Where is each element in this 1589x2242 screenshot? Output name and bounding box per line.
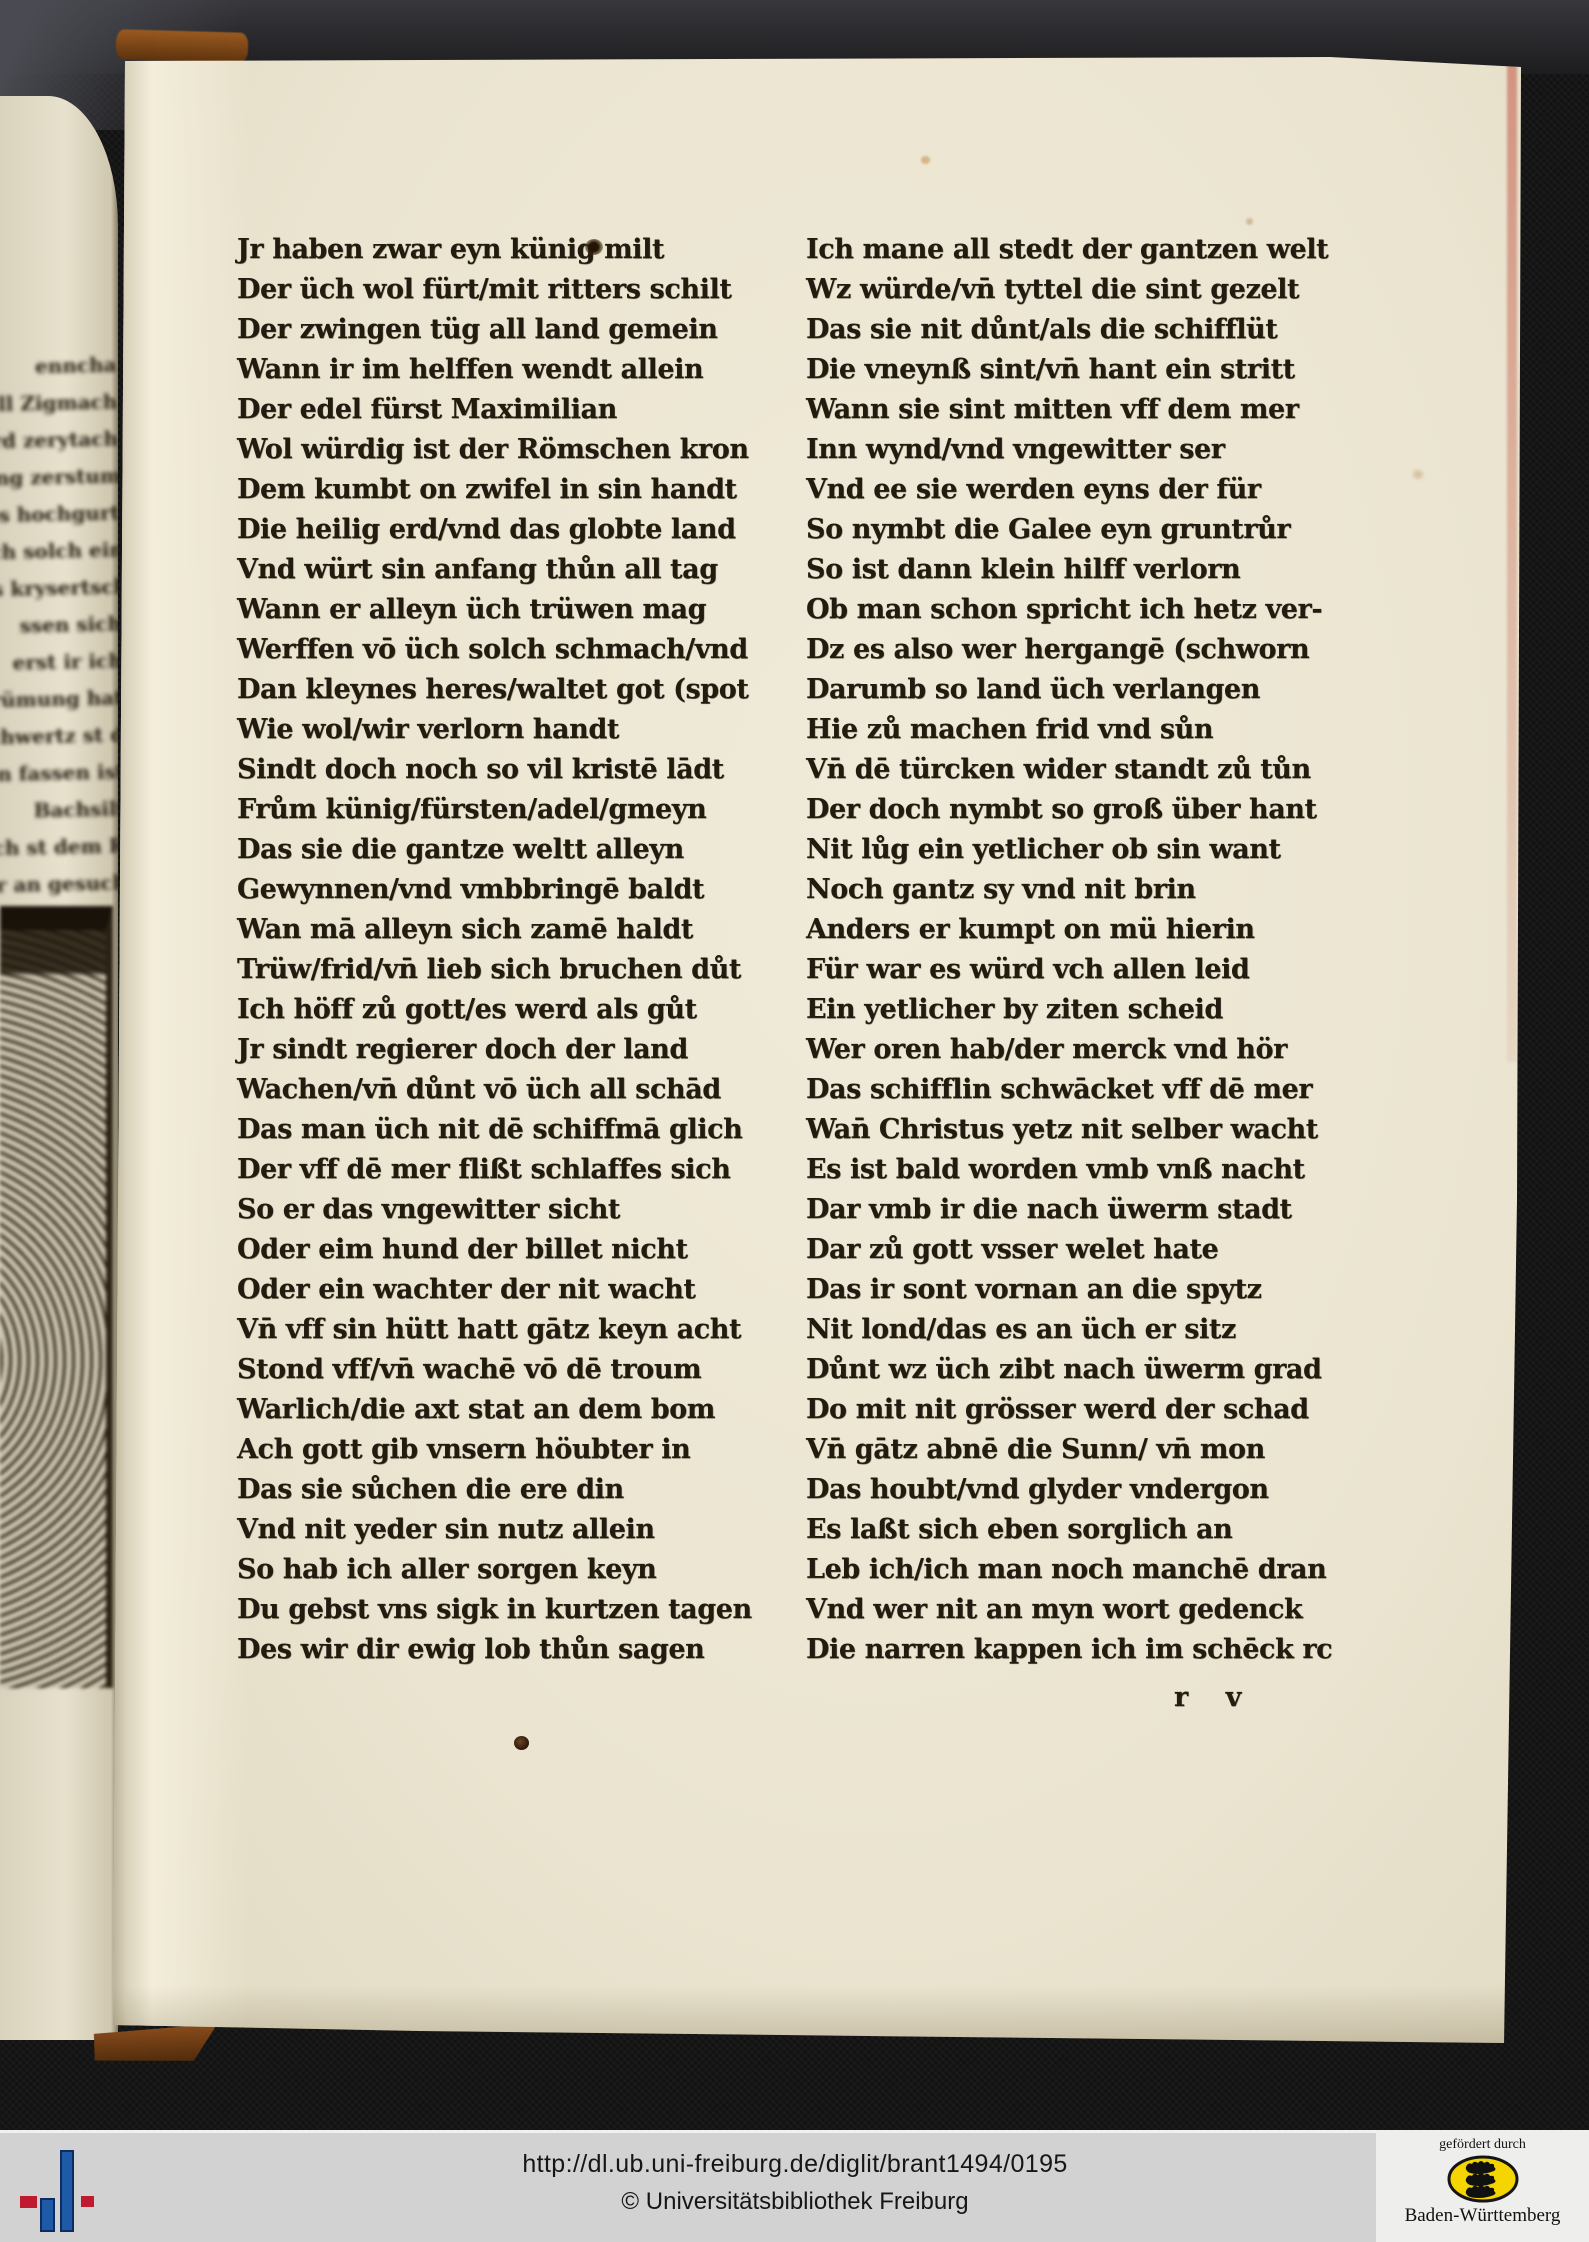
previous-page-edge: ennchad all Zigmachard zerytachDung zers… bbox=[0, 96, 118, 2040]
verse-line: Es ist bald worden vmb vnß nacht bbox=[806, 1150, 1332, 1190]
verse-line: Wie wol/wir verlorn handt bbox=[237, 710, 752, 750]
verse-line: Ich mane all stedt der gantzen welt bbox=[806, 230, 1332, 270]
verse-column-left: Jr haben zwar eyn künig miltDer üch wol … bbox=[237, 230, 752, 1670]
verse-line: Es laßt sich eben sorglich an bbox=[806, 1510, 1332, 1550]
verse-line: Wz würde/vn̄ tyttel die sint gezelt bbox=[806, 270, 1332, 310]
university-library-logo-icon bbox=[18, 2148, 100, 2234]
verse-line: Hie zů machen frid vnd sůn bbox=[806, 710, 1332, 750]
ink-stain bbox=[585, 239, 603, 255]
footer-text-block: http://dl.ub.uni-freiburg.de/diglit/bran… bbox=[370, 2150, 1220, 2216]
verse-line: Das ir sont vornan an die spytz bbox=[806, 1270, 1332, 1310]
verse-line: So ist dann klein hilff verlorn bbox=[806, 550, 1332, 590]
previous-page-text-fragment: n fassen ist bbox=[0, 753, 118, 793]
previous-page-text-fragment: ard zerytach bbox=[0, 420, 118, 460]
verse-line: Wan mā alleyn sich zamē haldt bbox=[237, 910, 752, 950]
verse-line: Frům künig/fürsten/adel/gmeyn bbox=[237, 790, 752, 830]
previous-page-text-fragment: Bachsilt bbox=[0, 790, 118, 830]
previous-page-text-fragment: das krysertsch bbox=[0, 568, 118, 608]
previous-page-text-fragment: os hochgurt bbox=[0, 494, 118, 534]
logo-blue-bar-short bbox=[40, 2198, 55, 2232]
funding-region-label: Baden-Württemberg bbox=[1376, 2205, 1589, 2227]
verse-line: Vnd würt sin anfang thůn all tag bbox=[237, 550, 752, 590]
verse-line: Das sie sůchen die ere din bbox=[237, 1470, 752, 1510]
verse-line: Stond vff/vn̄ wachē vō dē troum bbox=[237, 1350, 752, 1390]
logo-red-block-right bbox=[81, 2196, 94, 2207]
previous-page-text-fragment: var an gesucht bbox=[0, 864, 118, 904]
logo-blue-bar-tall bbox=[60, 2150, 74, 2232]
verse-line: Nit lond/das es an üch er sitz bbox=[806, 1310, 1332, 1350]
previous-page-text-fragment: d all Zigmach bbox=[0, 383, 118, 423]
verse-line: Oder eim hund der billet nicht bbox=[237, 1230, 752, 1270]
verse-line: Werffen vō üch solch schmach/vnd bbox=[237, 630, 752, 670]
verse-line: Die heilig erd/vnd das globte land bbox=[237, 510, 752, 550]
previous-page-text-fragment: enncha bbox=[0, 346, 117, 386]
document-url: http://dl.ub.uni-freiburg.de/diglit/bran… bbox=[370, 2150, 1220, 2179]
verse-line: Der zwingen tüg all land gemein bbox=[237, 310, 752, 350]
verse-line: Der doch nymbt so groß über hant bbox=[806, 790, 1332, 830]
book-spine-leather-top bbox=[116, 29, 249, 63]
verse-line: Das sie nit důnt/als die schifflüt bbox=[806, 310, 1332, 350]
verse-line: Des wir dir ewig lob thůn sagen bbox=[237, 1630, 752, 1670]
verse-line: Die vneynß sint/vn̄ hant ein stritt bbox=[806, 350, 1332, 390]
verse-line: Darumb so land üch verlangen bbox=[806, 670, 1332, 710]
verse-line: So hab ich aller sorgen keyn bbox=[237, 1550, 752, 1590]
wormhole bbox=[514, 1736, 529, 1750]
verse-line: Vn̄ gātz abnē die Sunn/ vn̄ mon bbox=[806, 1430, 1332, 1470]
verse-line: Dz es also wer hergangē (schworn bbox=[806, 630, 1332, 670]
foxing-spot bbox=[921, 156, 930, 164]
verse-line: Ein yetlicher by ziten scheid bbox=[806, 990, 1332, 1030]
verse-line: Dan kleynes heres/waltet got (spot bbox=[237, 670, 752, 710]
verse-line: Der vff dē mer flißt schlaffes sich bbox=[237, 1150, 752, 1190]
previous-page-text-fragment: urch solch ein bbox=[0, 531, 118, 571]
previous-page-text-fragment: ssen sich bbox=[0, 605, 118, 645]
verse-line: Inn wynd/vnd vngewitter ser bbox=[806, 430, 1332, 470]
verse-line: Dar zů gott vsser welet hate bbox=[806, 1230, 1332, 1270]
verse-line: Dem kumbt on zwifel in sin handt bbox=[237, 470, 752, 510]
verse-line: Das schifflin schwācket vff dē mer bbox=[806, 1070, 1332, 1110]
verse-line: Wann sie sint mitten vff dem mer bbox=[806, 390, 1332, 430]
verse-line: Anders er kumpt on mü hierin bbox=[806, 910, 1332, 950]
previous-page-text-fragment: schwertz st d bbox=[0, 716, 118, 756]
verse-line: Wachen/vn̄ důnt vō üch all schād bbox=[237, 1070, 752, 1110]
verse-line: Das houbt/vnd glyder vndergon bbox=[806, 1470, 1332, 1510]
foxing-spot bbox=[1246, 218, 1253, 225]
previous-page-text-fragment: Dung zerstum bbox=[0, 457, 118, 497]
previous-page-woodcut-illustration bbox=[0, 906, 113, 1688]
verse-line: Vnd ee sie werden eyns der für bbox=[806, 470, 1332, 510]
verse-line: Wann ir im helffen wendt allein bbox=[237, 350, 752, 390]
previous-page-text-fragment: rych st dem Rä bbox=[0, 827, 118, 867]
verse-line: Für war es würd vch allen leid bbox=[806, 950, 1332, 990]
verse-line: Das sie die gantze weltt alleyn bbox=[237, 830, 752, 870]
page-bottom-shading bbox=[110, 1985, 1520, 2043]
funding-caption: gefördert durch bbox=[1376, 2137, 1589, 2153]
verse-line: Noch gantz sy vnd nit brin bbox=[806, 870, 1332, 910]
verse-line: Die narren kappen ich im schēck rc bbox=[806, 1630, 1332, 1670]
verse-line: Do mit nit grösser werd der schad bbox=[806, 1390, 1332, 1430]
previous-page-text-fragment: krümung hat bbox=[0, 679, 118, 719]
verse-line: Das man üch nit dē schiffmā glich bbox=[237, 1110, 752, 1150]
verse-line: Jr sindt regierer doch der land bbox=[237, 1030, 752, 1070]
verse-column-right: Ich mane all stedt der gantzen weltWz wü… bbox=[806, 230, 1332, 1670]
verse-line: Leb ich/ich man noch manchē dran bbox=[806, 1550, 1332, 1590]
verse-line: Wol würdig ist der Römschen kron bbox=[237, 430, 752, 470]
verse-line: Sindt doch noch so vil kristē lādt bbox=[237, 750, 752, 790]
logo-red-block-left bbox=[20, 2196, 37, 2208]
verse-line: Oder ein wachter der nit wacht bbox=[237, 1270, 752, 1310]
verse-line: Vnd wer nit an myn wort gedenck bbox=[806, 1590, 1332, 1630]
verse-line: Wan̄ Christus yetz nit selber wacht bbox=[806, 1110, 1332, 1150]
verse-line: Vnd nit yeder sin nutz allein bbox=[237, 1510, 752, 1550]
verse-line: Ich höff zů gott/es werd als gůt bbox=[237, 990, 752, 1030]
verse-line: Der edel fürst Maximilian bbox=[237, 390, 752, 430]
baden-wuerttemberg-coat-of-arms-icon bbox=[1444, 2154, 1522, 2204]
page-edge-red-tint bbox=[1507, 62, 1517, 1062]
verse-line: Wann er alleyn üch trüwen mag bbox=[237, 590, 752, 630]
funding-badge: gefördert durch Baden-Württemberg bbox=[1376, 2130, 1589, 2242]
verse-line: So nymbt die Galee eyn gruntrůr bbox=[806, 510, 1332, 550]
scanned-book-page: Jr haben zwar eyn künig miltDer üch wol … bbox=[0, 0, 1589, 2242]
verse-line: Du gebst vns sigk in kurtzen tagen bbox=[237, 1590, 752, 1630]
foxing-spot bbox=[1413, 470, 1423, 479]
quire-signature-mark: r v bbox=[1174, 1682, 1255, 1713]
verse-line: Der üch wol fürt/mit ritters schilt bbox=[237, 270, 752, 310]
previous-page-text-fragments: ennchad all Zigmachard zerytachDung zers… bbox=[0, 346, 118, 904]
verse-line: So er das vngewitter sicht bbox=[237, 1190, 752, 1230]
copyright-notice: © Universitätsbibliothek Freiburg bbox=[370, 2188, 1220, 2216]
verse-line: Jr haben zwar eyn künig milt bbox=[237, 230, 752, 270]
verse-line: Ob man schon spricht ich hetz ver- bbox=[806, 590, 1332, 630]
verse-line: Nit lůg ein yetlicher ob sin want bbox=[806, 830, 1332, 870]
verse-line: Vn̄ dē türcken wider standt zů tůn bbox=[806, 750, 1332, 790]
verse-line: Gewynnen/vnd vmbbringē baldt bbox=[237, 870, 752, 910]
verse-line: Wer oren hab/der merck vnd hör bbox=[806, 1030, 1332, 1070]
verse-line: Důnt wz üch zibt nach üwerm grad bbox=[806, 1350, 1332, 1390]
verse-line: Vn̄ vff sin hütt hatt gātz keyn acht bbox=[237, 1310, 752, 1350]
verse-line: Dar vmb ir die nach üwerm stadt bbox=[806, 1190, 1332, 1230]
verse-line: Warlich/die axt stat an dem bom bbox=[237, 1390, 752, 1430]
previous-page-text-fragment: erst ir ich bbox=[0, 642, 118, 682]
verse-line: Trüw/frid/vn̄ lieb sich bruchen důt bbox=[237, 950, 752, 990]
viewer-footer-bar: http://dl.ub.uni-freiburg.de/diglit/bran… bbox=[0, 2130, 1589, 2242]
verse-line: Ach gott gib vnsern höubter in bbox=[237, 1430, 752, 1470]
